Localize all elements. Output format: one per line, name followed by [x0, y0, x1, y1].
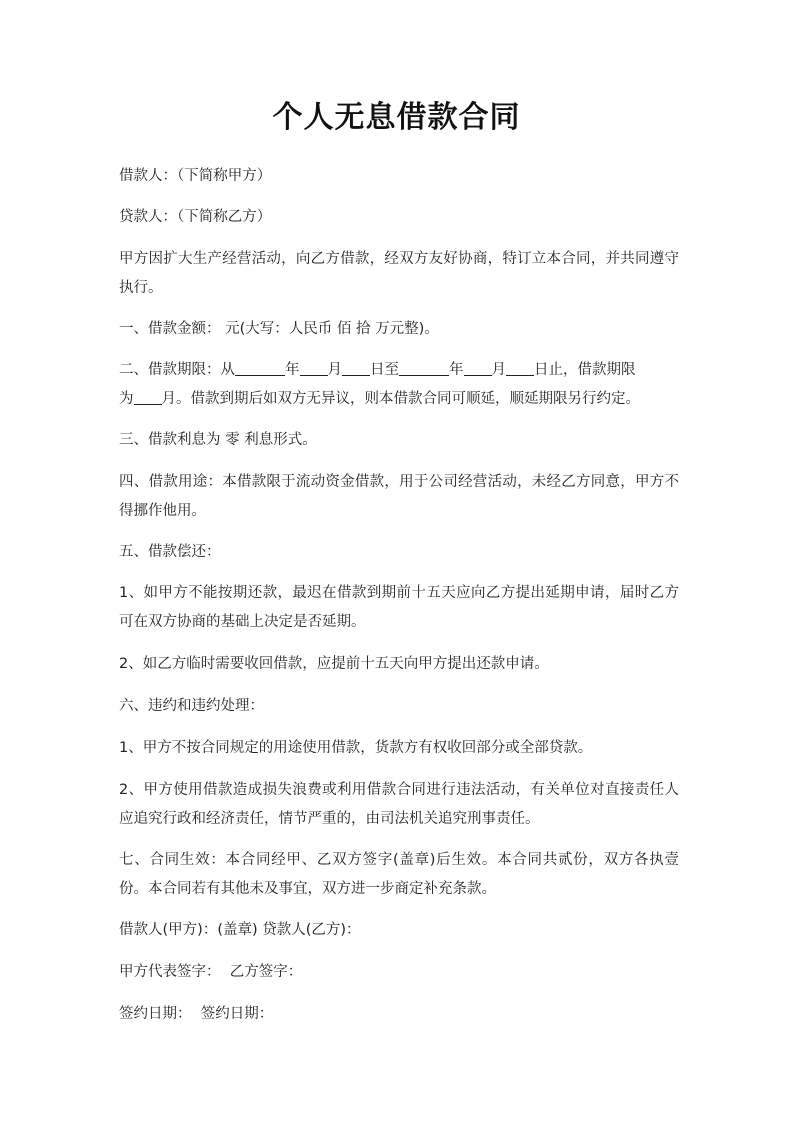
- clause-7-effect: 七、合同生效：本合同经甲、乙双方签字(盖章)后生效。本合同共贰份，双方各执壹份。…: [119, 846, 679, 904]
- end-day-blank[interactable]: [506, 359, 534, 376]
- clause-6-item-1: 1、甲方不按合同规定的用途使用借款，货款方有权收回部分或全部贷款。: [119, 734, 679, 763]
- clause-4-purpose: 四、借款用途：本借款限于流动资金借款，用于公司经营活动，未经乙方同意，甲方不得挪…: [119, 468, 679, 526]
- end-month-blank[interactable]: [464, 359, 492, 376]
- year-label: 年: [449, 362, 464, 378]
- signature-names-line: 甲方代表签字： 乙方签字：: [119, 958, 679, 987]
- clause-5-heading: 五、借款偿还：: [119, 538, 679, 567]
- preamble-paragraph: 甲方因扩大生产经营活动，向乙方借款，经双方友好协商，特订立本合同，并共同遵守执行…: [119, 245, 679, 303]
- clause-3-interest: 三、借款利息为 零 利息形式。: [119, 426, 679, 455]
- day-end-label: 日止，借款期限: [534, 362, 636, 378]
- document-title: 个人无息借款合同: [0, 92, 793, 136]
- clause-5-item-2: 2、如乙方临时需要收回借款，应提前十五天向甲方提出还款申请。: [119, 650, 679, 679]
- start-year-blank[interactable]: [235, 359, 285, 376]
- clause-2-term: 二、借款期限：从年月日至年月日止，借款期限为月。借款到期后如双方无异议，则本借款…: [119, 356, 679, 414]
- clause-6-heading: 六、违约和违约处理：: [119, 692, 679, 721]
- start-month-blank[interactable]: [300, 359, 328, 376]
- term-prefix: 为: [119, 391, 134, 407]
- term-suffix: 月。借款到期后如双方无异议，则本借款合同可顺延，顺延期限另行约定。: [162, 391, 641, 407]
- clause-2-prefix: 二、借款期限：从: [119, 362, 235, 378]
- day-to-label: 日至: [370, 362, 399, 378]
- clause-5-item-1: 1、如甲方不能按期还款，最迟在借款到期前十五天应向乙方提出延期申请，届时乙方可在…: [119, 579, 679, 637]
- term-months-blank[interactable]: [134, 388, 162, 405]
- clause-1-amount: 一、借款金额： 元(大写：人民币 佰 拾 万元整)。: [119, 315, 679, 344]
- signature-dates-line: 签约日期： 签约日期：: [119, 1000, 679, 1029]
- month-label: 月: [328, 362, 343, 378]
- lender-line: 贷款人：（下简称乙方）: [119, 203, 679, 232]
- borrower-line: 借款人：（下简称甲方）: [119, 162, 679, 191]
- signature-parties-line: 借款人(甲方)：(盖章) 贷款人(乙方)：: [119, 916, 679, 945]
- start-day-blank[interactable]: [342, 359, 370, 376]
- month-label: 月: [492, 362, 507, 378]
- clause-6-item-2: 2、甲方使用借款造成损失浪费或利用借款合同进行违法活动，有关单位对直接责任人应追…: [119, 776, 679, 834]
- year-label: 年: [285, 362, 300, 378]
- document-page: 个人无息借款合同 借款人：（下简称甲方） 贷款人：（下简称乙方） 甲方因扩大生产…: [0, 0, 793, 1122]
- end-year-blank[interactable]: [399, 359, 449, 376]
